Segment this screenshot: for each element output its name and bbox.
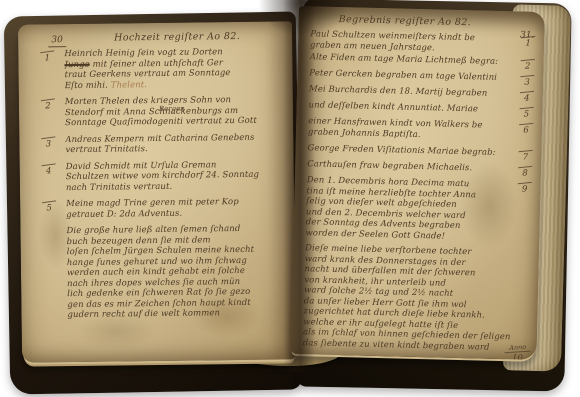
manuscript-photo: 30 Hochzeit regiſter Ao 82. 1 Heinrich H…	[0, 0, 580, 397]
entry-number: 8	[515, 164, 535, 178]
entry-number: 7	[515, 148, 535, 162]
register-entry: 4 David Schmidt mit Urſula GremanSchultz…	[32, 159, 284, 194]
faded-word: Thelent.	[111, 80, 147, 90]
entry-line: vertraut Trinitatis.	[65, 142, 283, 155]
register-entry: 3 Andreas Kempern mit Catharina Genebens…	[31, 132, 283, 156]
register-header: Hochzeit regiſter Ao 82.	[114, 30, 282, 43]
entry-number: 3	[517, 73, 537, 87]
right-page-content: 31. Begrebnis regiſter Ao 82. Paul Schul…	[303, 13, 539, 353]
page-number: 30	[44, 35, 70, 45]
left-page: 30 Hochzeit regiſter Ao 82. 1 Heinrich H…	[18, 21, 296, 362]
death-note: Dieſe meine liebe verſtorbene tochterwar…	[303, 243, 513, 343]
entry-number: 9	[514, 180, 534, 194]
right-page: 31. Begrebnis regiſter Ao 82. Paul Schul…	[290, 6, 544, 360]
entry-number: 5	[516, 105, 536, 119]
register-entry: einer Hansfrawen kindt von Walkers begra…	[308, 116, 536, 143]
entry-line-text: Eſto mihi.	[65, 80, 108, 91]
entry-number: 1	[30, 49, 64, 63]
register-entry: 2 Morten Thelen des kriegers Sohn vonSte…	[31, 94, 283, 129]
entry-number-value: 10	[512, 353, 523, 360]
register-entry: Den 1. Decembris hora Decima matutina iſ…	[305, 175, 534, 244]
page-number-value: 30	[48, 35, 66, 47]
entry-line: nach Trinitatis vertraut.	[66, 180, 284, 193]
entry-number: 2	[31, 97, 65, 111]
register-header: Begrebnis regiſter Ao 82.	[339, 14, 539, 30]
entry-number: Anno 10	[504, 343, 530, 360]
entry-line: Sonntage Quaſimodogeniti vertraut zu Got…	[65, 115, 283, 128]
struck-word: Junge	[64, 59, 89, 69]
entry-number: 3	[31, 135, 65, 149]
register-entry: 5 Meine magd Trine geren mit peter Kopge…	[32, 196, 284, 220]
entry-number: 4	[32, 162, 66, 176]
marginal-note: Die große hure ließ alten ſemen ſchandbu…	[66, 223, 285, 320]
inserted-word: Bergen	[159, 105, 185, 113]
register-entry: Paul Schultzen weinmeiſters kindt begrab…	[310, 29, 538, 56]
entry-number: 5	[32, 199, 66, 213]
entry-line: Eſto mihi. Thelent.	[65, 78, 283, 91]
entry-line: George Freden Viſitationis Mariae begrab…	[307, 143, 515, 159]
note-line: gudern recht auf die welt kommen	[67, 307, 285, 320]
entry-number: 1	[518, 34, 538, 48]
left-page-content: 30 Hochzeit regiſter Ao 82. 1 Heinrich H…	[30, 30, 286, 354]
entry-number: 2	[517, 57, 537, 71]
entry-number: 6	[516, 121, 536, 135]
register-entry: 1 Heinrich Heinig ſein vogt zu Dorten Ju…	[30, 46, 282, 91]
entry-line: getrauet D: 2da Adventus.	[66, 207, 284, 220]
entry-number: 4	[517, 89, 537, 103]
inserted-word: Anno	[505, 342, 531, 353]
